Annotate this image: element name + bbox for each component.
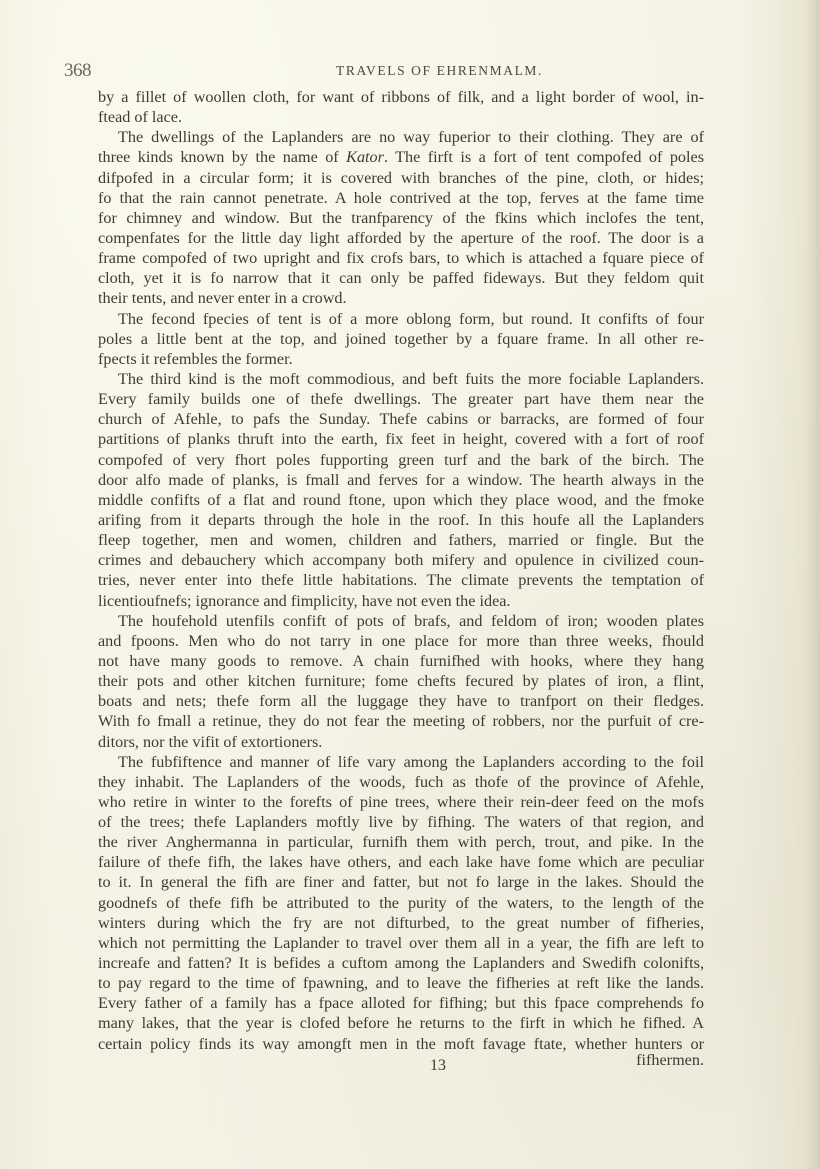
text-line: by a fillet of woollen cloth, for want o…: [98, 87, 704, 107]
text-line: fo that the rain cannot penetrate. A hol…: [98, 188, 704, 208]
text-segment: . The firft is a fort of tent compofed o…: [384, 148, 704, 166]
text-line: difpofed in a circular form; it is cover…: [98, 168, 704, 188]
text-line: The fubfiftence and manner of life vary …: [98, 752, 704, 772]
text-line: ditors, nor the vifit of extortioners.: [98, 732, 704, 752]
text-line: fpects it refembles the former.: [98, 349, 704, 369]
text-line: The fecond fpecies of tent is of a more …: [98, 309, 704, 329]
text-line: tries, never enter into thefe little hab…: [98, 570, 704, 590]
text-line: their pots and other kitchen furniture; …: [98, 671, 704, 691]
text-line: compenfates for the little day light aff…: [98, 228, 704, 248]
text-line: poles a little bent at the top, and join…: [98, 329, 704, 349]
book-page: 368 TRAVELS OF EHRENMALM. by a fillet of…: [0, 0, 820, 1169]
text-line: cloth, yet it is fo narrow that it can o…: [98, 268, 704, 288]
text-line: Every father of a family has a fpace all…: [98, 993, 704, 1013]
text-line: winters during which the fry are not dif…: [98, 913, 704, 933]
text-line: With fo fmall a retinue, they do not fea…: [98, 711, 704, 731]
text-line: frame compofed of two upright and fix cr…: [98, 248, 704, 268]
body-text: by a fillet of woollen cloth, for want o…: [98, 87, 704, 1054]
text-line: failure of thefe fifh, the lakes have ot…: [98, 852, 704, 872]
text-line: increafe and fatten? It is befides a cuf…: [98, 953, 704, 973]
italic-term: Kator: [346, 148, 384, 166]
text-line: three kinds known by the name of Kator. …: [98, 147, 704, 167]
text-line: partitions of planks thruft into the ear…: [98, 429, 704, 449]
text-line: for chimney and window. But the tranfpar…: [98, 208, 704, 228]
running-head: 368 TRAVELS OF EHRENMALM.: [64, 60, 816, 84]
text-line: boats and nets; thefe form all the lugga…: [98, 691, 704, 711]
text-line: fleep together, men and women, children …: [98, 530, 704, 550]
text-line: to pay regard to the time of fpawning, a…: [98, 973, 704, 993]
text-line: church of Afehle, to pafs the Sunday. Th…: [98, 409, 704, 429]
text-line: the river Anghermanna in particular, fur…: [98, 832, 704, 852]
text-line: of the trees; thefe Laplanders moftly li…: [98, 812, 704, 832]
text-line: who retire in winter to the forefts of p…: [98, 792, 704, 812]
text-line: middle confifts of a flat and round fton…: [98, 490, 704, 510]
catchword: fifhermen.: [636, 1051, 704, 1070]
text-line: they inhabit. The Laplanders of the wood…: [98, 772, 704, 792]
text-line: which not permitting the Laplander to tr…: [98, 933, 704, 953]
text-line: door alfo made of planks, is fmall and f…: [98, 470, 704, 490]
text-line: and fpoons. Men who do not tarry in one …: [98, 631, 704, 651]
text-line: crimes and debauchery which accompany bo…: [98, 550, 704, 570]
page-number: 368: [64, 60, 91, 82]
running-title: TRAVELS OF EHRENMALM.: [336, 63, 543, 79]
signature-mark: 13: [430, 1057, 446, 1075]
text-line: their tents, and never enter in a crowd.: [98, 288, 704, 308]
page-edge-shadow: [806, 0, 820, 1169]
text-line: The third kind is the moft commodious, a…: [98, 369, 704, 389]
text-line: to it. In general the fifh are finer and…: [98, 872, 704, 892]
text-line: licentioufnefs; ignorance and fimplicity…: [98, 591, 704, 611]
text-line: The houfehold utenfils confift of pots o…: [98, 611, 704, 631]
text-line: arifing from it departs through the hole…: [98, 510, 704, 530]
text-line: ftead of lace.: [98, 107, 704, 127]
text-segment: three kinds known by the name of: [98, 148, 346, 166]
text-line: certain policy finds its way amongft men…: [98, 1034, 704, 1054]
text-line: Every family builds one of thefe dwellin…: [98, 389, 704, 409]
text-line: compofed of very fhort poles fupporting …: [98, 450, 704, 470]
text-line: many lakes, that the year is clofed befo…: [98, 1013, 704, 1033]
text-line: goodnefs of thefe fifh be attributed to …: [98, 893, 704, 913]
text-line: not have many goods to remove. A chain f…: [98, 651, 704, 671]
text-line: The dwellings of the Laplanders are no w…: [98, 127, 704, 147]
